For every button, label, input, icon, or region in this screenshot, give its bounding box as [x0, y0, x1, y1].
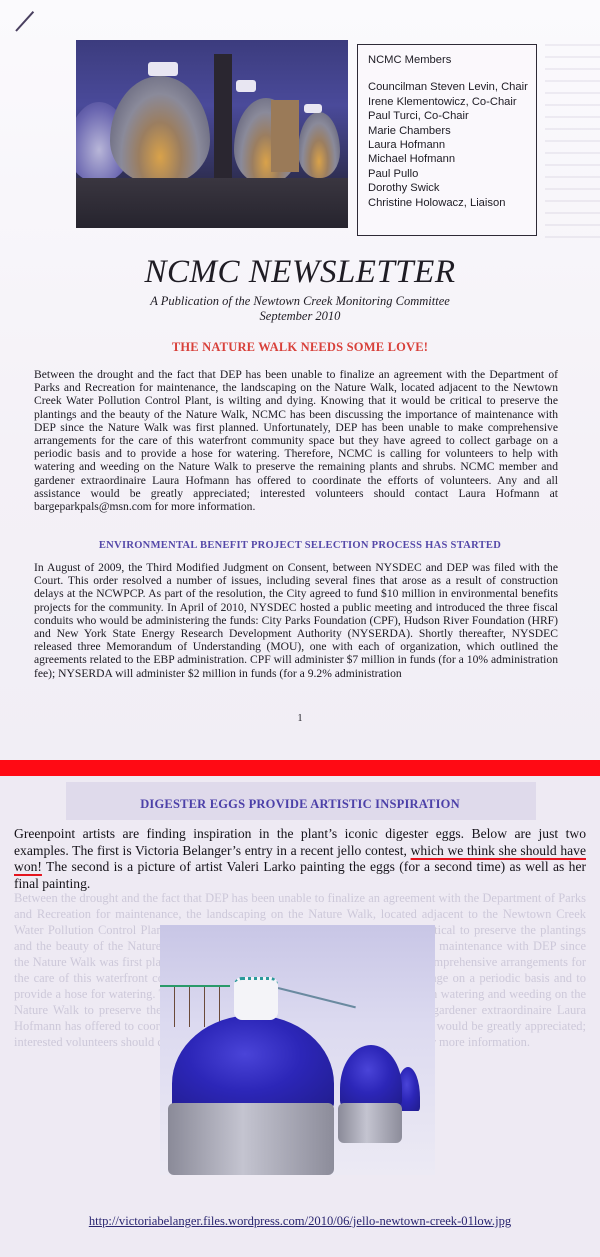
jello-cap-shape [234, 977, 278, 1020]
tower-shape [271, 100, 299, 172]
article-body-ebp: In August of 2009, the Third Modified Ju… [34, 561, 558, 680]
article-heading-digester-eggs: DIGESTER EGGS PROVIDE ARTISTIC INSPIRATI… [0, 797, 600, 812]
jello-sculpture-photo [160, 925, 435, 1175]
newsletter-subtitle: A Publication of the Newtown Creek Monit… [0, 294, 600, 309]
jello-base-shape [168, 1103, 334, 1175]
body-text: The second is a picture of artist Valeri… [14, 859, 586, 891]
rail-shape [278, 987, 356, 1008]
member-item: Paul Pullo [368, 167, 536, 181]
image-source-link[interactable]: http://victoriabelanger.files.wordpress.… [0, 1214, 600, 1229]
member-item: Marie Chambers [368, 124, 536, 138]
member-item: Irene Klementowicz, Co-Chair [368, 95, 536, 109]
newsletter-date: September 2010 [0, 309, 600, 324]
article-body-nature-walk: Between the drought and the fact that DE… [34, 368, 558, 513]
egg-shape [110, 76, 210, 184]
egg-shape [298, 112, 340, 178]
egg-cap-shape [236, 80, 256, 92]
members-title: NCMC Members [368, 53, 536, 67]
jello-dome-shape [172, 1015, 334, 1113]
member-item: Councilman Steven Levin, Chair [368, 80, 536, 94]
jello-dome-shape [340, 1045, 402, 1107]
ground-shape [76, 178, 348, 228]
member-item: Michael Hofmann [368, 152, 536, 166]
bleed-through-text [545, 44, 600, 244]
digester-eggs-photo [76, 40, 348, 228]
member-item: Laura Hofmann [368, 138, 536, 152]
jello-base-shape [338, 1103, 402, 1143]
article-heading-nature-walk: THE NATURE WALK NEEDS SOME LOVE! [0, 340, 600, 355]
egg-cap-shape [148, 62, 178, 76]
members-box: NCMC Members Councilman Steven Levin, Ch… [357, 44, 537, 236]
article-body-digester-eggs: Greenpoint artists are finding inspirati… [14, 826, 586, 892]
tower-shape [214, 54, 232, 194]
member-item: Paul Turci, Co-Chair [368, 109, 536, 123]
egg-cap-shape [304, 104, 322, 113]
newsletter-title: NCMC NEWSLETTER [0, 254, 600, 290]
member-item: Christine Holowacz, Liaison [368, 196, 536, 210]
red-divider-bar [0, 760, 600, 776]
page-number: 1 [0, 713, 600, 724]
article-heading-ebp: ENVIRONMENTAL BENEFIT PROJECT SELECTION … [0, 540, 600, 551]
member-item: Dorothy Swick [368, 181, 536, 195]
